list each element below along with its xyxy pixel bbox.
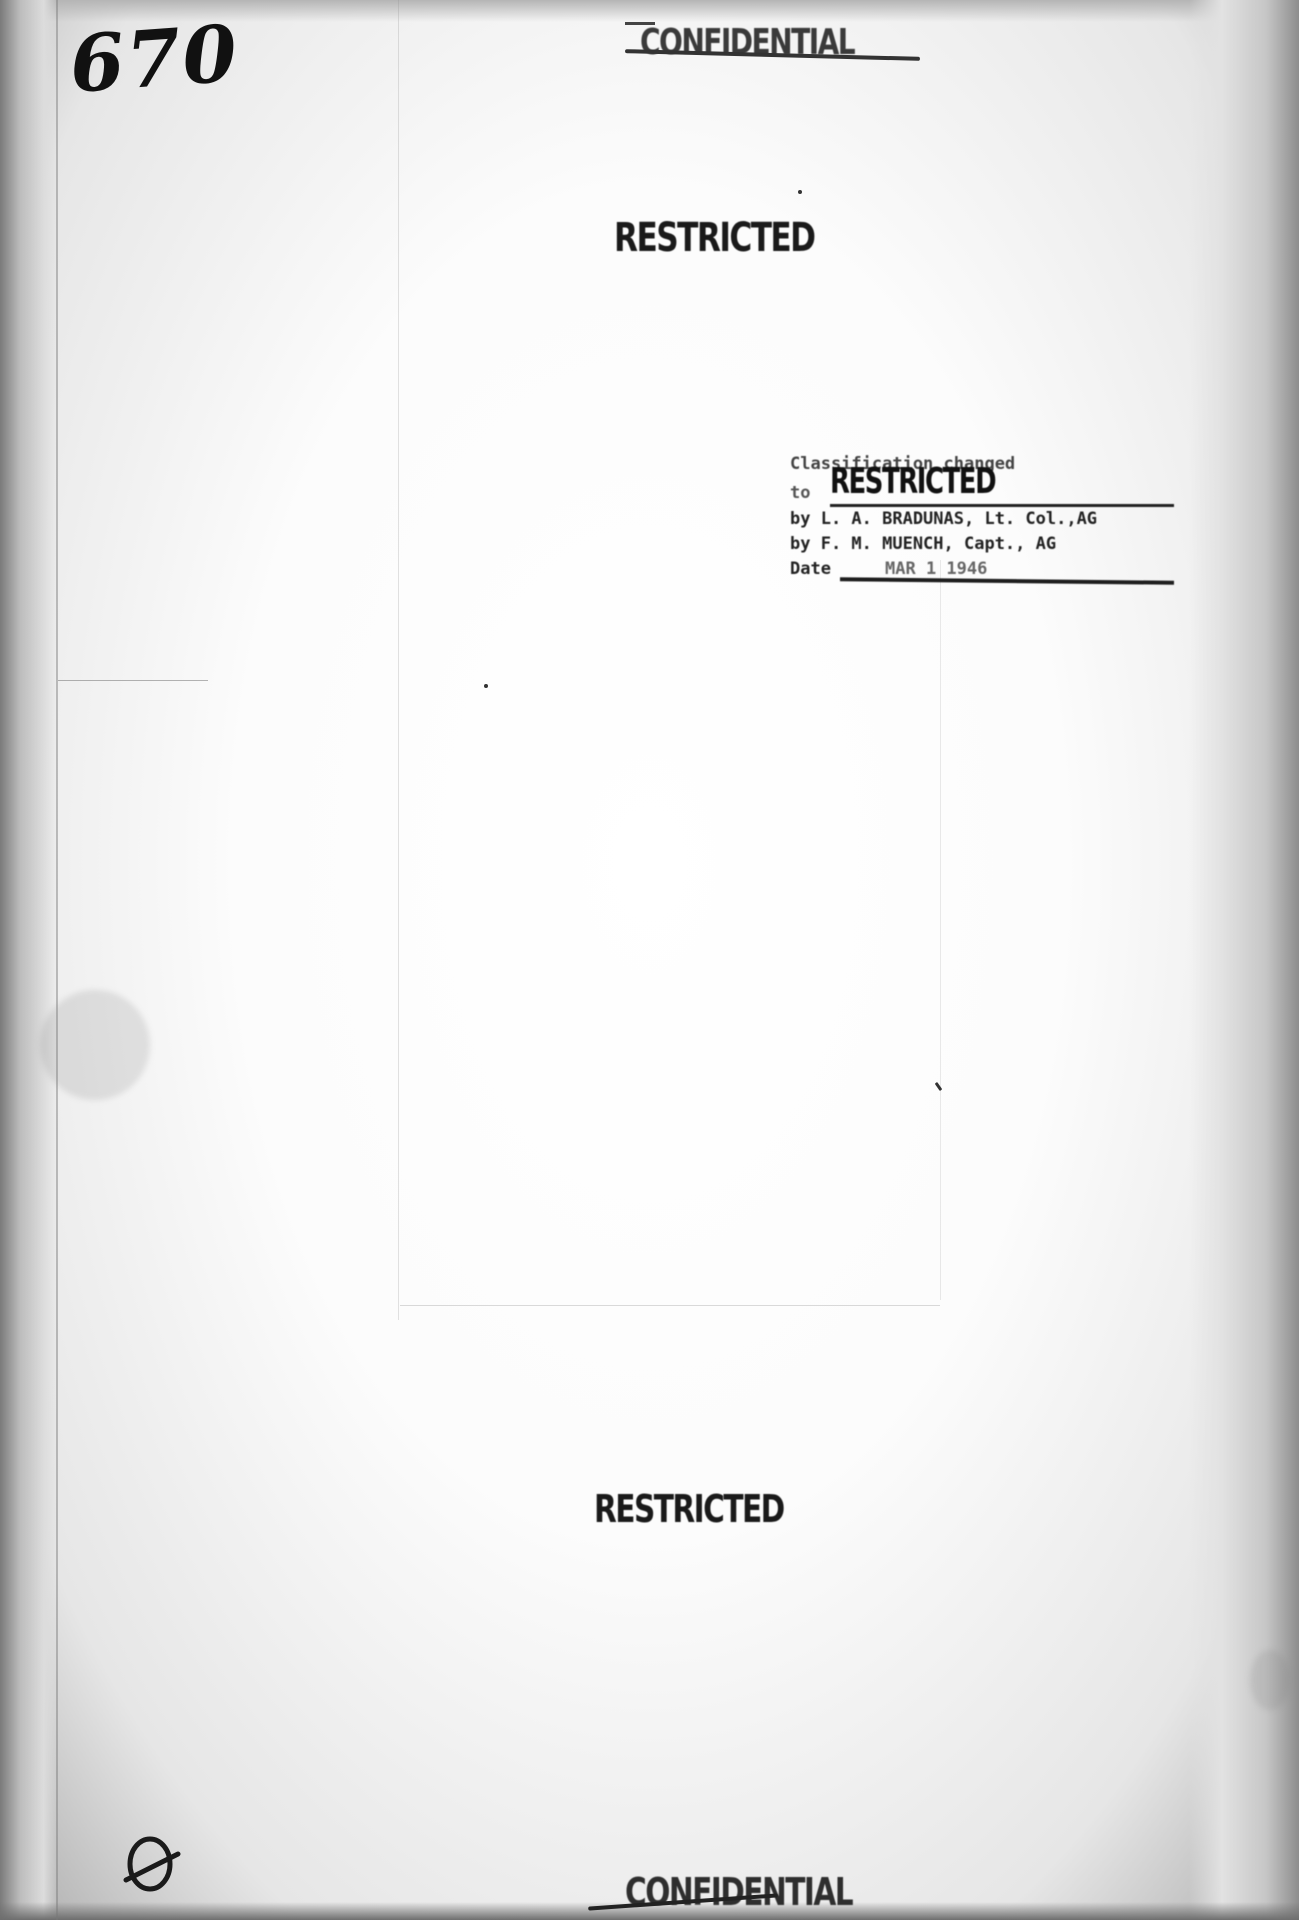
authorized-by-line-1: by L. A. BRADUNAS, Lt. Col.,AG <box>790 507 1174 532</box>
new-classification-stamp: RESTRICTED <box>830 469 995 494</box>
restricted-stamp-bottom: RESTRICTED <box>594 1487 784 1531</box>
classification-to-row: to RESTRICTED <box>790 477 1174 507</box>
mark-line-left <box>58 680 208 681</box>
scan-edge-left <box>0 0 58 1920</box>
circled-slash-icon <box>120 1832 182 1894</box>
document-page: 670 CONFIDENTIAL RESTRICTED Classificati… <box>0 0 1299 1920</box>
scan-edge-right <box>1189 0 1299 1920</box>
speck <box>798 190 802 194</box>
ink-smudge <box>1250 1650 1290 1710</box>
file-number-handwritten: 670 <box>67 8 242 111</box>
fold-line-horizontal <box>400 1305 940 1306</box>
date-underline <box>840 577 1174 584</box>
fold-line-vertical-right <box>940 560 941 1300</box>
classification-change-stamp: Classification changed to RESTRICTED by … <box>790 452 1174 602</box>
fold-line-vertical <box>398 0 399 1320</box>
binding-crease-line <box>56 0 58 1920</box>
restricted-stamp-top: RESTRICTED <box>614 215 815 261</box>
speck <box>484 684 488 688</box>
speck <box>935 1082 943 1091</box>
date-row: Date MAR 1 1946 <box>790 557 1174 582</box>
authorized-by-line-2: by F. M. MUENCH, Capt., AG <box>790 532 1174 557</box>
ink-smudge <box>40 990 150 1100</box>
date-label: Date <box>790 557 831 582</box>
to-label: to <box>790 481 810 506</box>
confidential-stamp-bottom: CONFIDENTIAL <box>625 1870 852 1914</box>
